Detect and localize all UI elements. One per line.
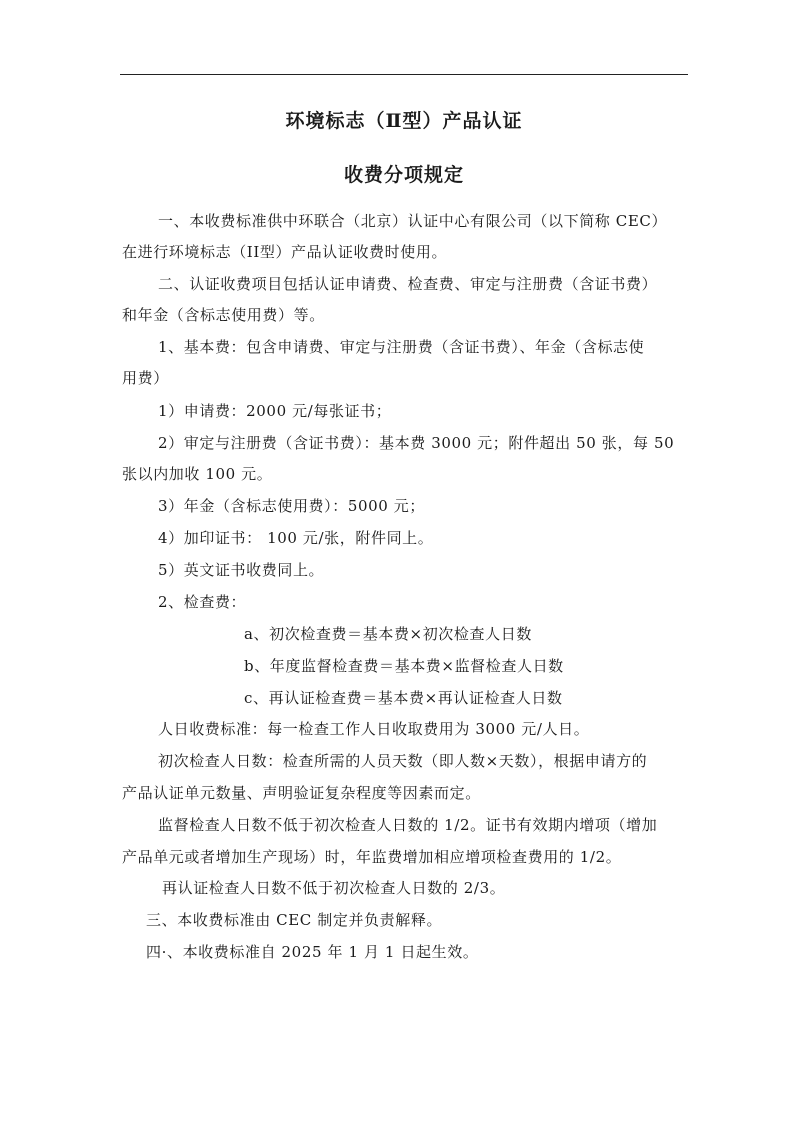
application-fee: 1）申请费：2000 元/每张证书；	[158, 400, 391, 421]
initial-days-line-2: 产品认证单元数量、声明验证复杂程度等因素而定。	[122, 782, 481, 803]
daily-rate: 人日收费标准：每一检查工作人日收取费用为 3000 元/人日。	[158, 718, 589, 739]
paragraph-4: 四·、本收费标准自 2025 年 1 月 1 日起生效。	[146, 941, 478, 962]
paragraph-1-line-2: 在进行环境标志（II型）产品认证收费时使用。	[122, 241, 447, 262]
header-rule	[120, 74, 688, 75]
inspection-fee-heading: 2、检查费：	[158, 591, 246, 612]
registration-fee-line-1: 2）审定与注册费（含证书费）：基本费 3000 元；附件超出 50 张，每 50	[158, 432, 674, 453]
surveillance-days-line-1: 监督检查人日数不低于初次检查人日数的 1/2。证书有效期内增项（增加	[158, 814, 657, 835]
paragraph-1-line-1: 一、本收费标准供中环联合（北京）认证中心有限公司（以下简称 CEC）	[158, 210, 667, 231]
initial-days-line-1: 初次检查人日数：检查所需的人员天数（即人数×天数），根据申请方的	[158, 750, 647, 771]
recert-days: 再认证检查人日数不低于初次检查人日数的 2/3。	[162, 877, 505, 898]
paragraph-2-line-2: 和年金（含标志使用费）等。	[122, 304, 325, 325]
english-cert-fee: 5）英文证书收费同上。	[158, 559, 324, 580]
formula-b: b、年度监督检查费＝基本费×监督检查人日数	[244, 655, 564, 676]
document-subtitle: 收费分项规定	[0, 160, 808, 187]
basic-fee-line-2: 用费）	[122, 367, 169, 388]
paragraph-2-line-1: 二、认证收费项目包括认证申请费、检查费、审定与注册费（含证书费）	[158, 273, 657, 294]
registration-fee-line-2: 张以内加收 100 元。	[122, 463, 272, 484]
reprint-fee: 4）加印证书： 100 元/张，附件同上。	[158, 527, 433, 548]
formula-c: c、再认证检查费＝基本费×再认证检查人日数	[244, 687, 563, 708]
formula-a: a、初次检查费＝基本费×初次检查人日数	[244, 623, 532, 644]
basic-fee-line-1: 1、基本费：包含申请费、审定与注册费（含证书费）、年金（含标志使	[158, 336, 644, 357]
paragraph-3: 三、本收费标准由 CEC 制定并负责解释。	[146, 909, 442, 930]
annual-fee: 3）年金（含标志使用费）：5000 元；	[158, 495, 425, 516]
document-title: 环境标志（Ⅱ型）产品认证	[0, 106, 808, 133]
surveillance-days-line-2: 产品单元或者增加生产现场）时，年监费增加相应增项检查费用的 1/2。	[122, 846, 621, 867]
